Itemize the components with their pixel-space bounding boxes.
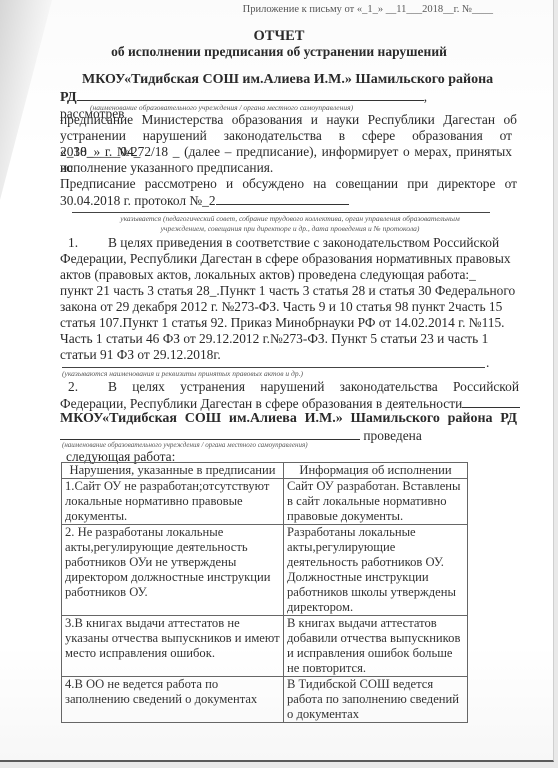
section1-line-5: закона от 29 декабря 2012 г. №273-ФЗ. Ча… (60, 299, 502, 315)
section1-line-8: статьи 91 ФЗ от 29.12.2018г. (60, 347, 221, 363)
meeting-rule (72, 212, 490, 213)
section2-number: 2. (68, 379, 78, 395)
section1-line-6: статья 107.Пункт 1 статья 92. Приказ Мин… (60, 315, 505, 331)
org-blank (77, 88, 424, 101)
section2-line-2: Федерации, Республики Дагестан в сфере о… (60, 395, 520, 412)
section2-blank-1 (462, 395, 520, 408)
violations-table: Нарушения, указанные в предписании Инфор… (61, 462, 468, 723)
table-header-violations: Нарушения, указанные в предписании (62, 463, 284, 479)
protocol-blank (216, 192, 349, 205)
report-subtitle: об исполнении предписания об устранении … (0, 44, 558, 60)
table-cell-execution: В книгах выдачи аттестатов добавили отче… (284, 616, 468, 677)
section2-org-note: (наименование образовательного учреждени… (62, 441, 308, 449)
table-header-row: Нарушения, указанные в предписании Инфор… (62, 463, 468, 479)
section2-org-line: МКОУ«Тидибская СОШ им.Алиева И.М.» Шамил… (60, 411, 517, 427)
table-row: 4.В ОО не ведется работа по заполнению с… (62, 677, 468, 723)
section1-number: 1. (68, 235, 78, 251)
table-cell-violation: 2. Не разработаны локальные акты,регулир… (62, 525, 284, 616)
meeting-note-line-1: указывается (педагогический совет, собра… (60, 214, 520, 224)
section1-line-2: Федерации, Республики Дагестан в сфере о… (60, 251, 511, 267)
org-note: (наименование образовательного учреждени… (90, 103, 353, 112)
table-cell-violation: 3.В книгах выдачи аттестатов не указаны … (62, 616, 284, 677)
appendix-header: Приложение к письму от «_1_» __11___2018… (243, 4, 493, 15)
table-header-execution: Информация об исполнении (284, 463, 468, 479)
table-row: 2. Не разработаны локальные акты,регулир… (62, 525, 468, 616)
section2-after-blank: проведена (363, 428, 421, 443)
intro-line-4: исполнение указанного предписания. (60, 160, 273, 176)
section2-line-2-text: Федерации, Республики Дагестан в сфере о… (60, 396, 462, 411)
intro-line-1: предписание Министерства образования и н… (60, 112, 517, 128)
protocol-text: 30.04.2018 г. протокол №_2 (60, 193, 216, 208)
meeting-note: указывается (педагогический совет, собра… (60, 214, 520, 234)
section1-line-1: В целях приведения в соответствие с зако… (108, 235, 499, 251)
section2-line-1: В целях устранения нарушений законодател… (108, 379, 519, 395)
intro-line-5: Предписание рассмотрено и обсуждено на с… (60, 176, 517, 192)
section1-note: (указываются наименования и реквизиты пр… (62, 369, 303, 378)
section1-end-dot: . (486, 355, 489, 371)
report-title: ОТЧЕТ (0, 28, 558, 45)
table-cell-violation: 4.В ОО не ведется работа по заполнению с… (62, 677, 284, 723)
section2-org-blank (60, 427, 360, 440)
section1-line-4: пункт 21 часть 3 статья 28_.Пункт 1 част… (60, 283, 515, 299)
section1-line-7: Часть 1 статьи 46 ФЗ от 29.12.2012 г.№27… (60, 331, 488, 347)
table-row: 3.В книгах выдачи аттестатов не указаны … (62, 616, 468, 677)
document-page: Приложение к письму от «_1_» __11___2018… (0, 0, 554, 762)
section1-line-3: актов (правовых актов, локальных актов) … (60, 267, 476, 283)
meeting-note-line-2: учреждением, совещания при директоре и д… (60, 224, 520, 234)
org-name: МКОУ«Тидибская СОШ им.Алиева И.М.» Шамил… (82, 72, 493, 88)
table-row: 1.Сайт ОУ не разработан;отсутствуют лока… (62, 479, 468, 525)
table-cell-execution: В Тидибской СОШ ведется работа по заполн… (284, 677, 468, 723)
table-cell-execution: Разработаны локальные акты,регулирующие … (284, 525, 468, 616)
org-suffix: РД (60, 90, 77, 105)
table-cell-execution: Сайт ОУ разработан. Вставлены в сайт лок… (284, 479, 468, 525)
intro-line-6: 30.04.2018 г. протокол №_2 (60, 192, 349, 209)
table-cell-violation: 1.Сайт ОУ не разработан;отсутствуют лока… (62, 479, 284, 525)
section1-rule (62, 367, 485, 368)
